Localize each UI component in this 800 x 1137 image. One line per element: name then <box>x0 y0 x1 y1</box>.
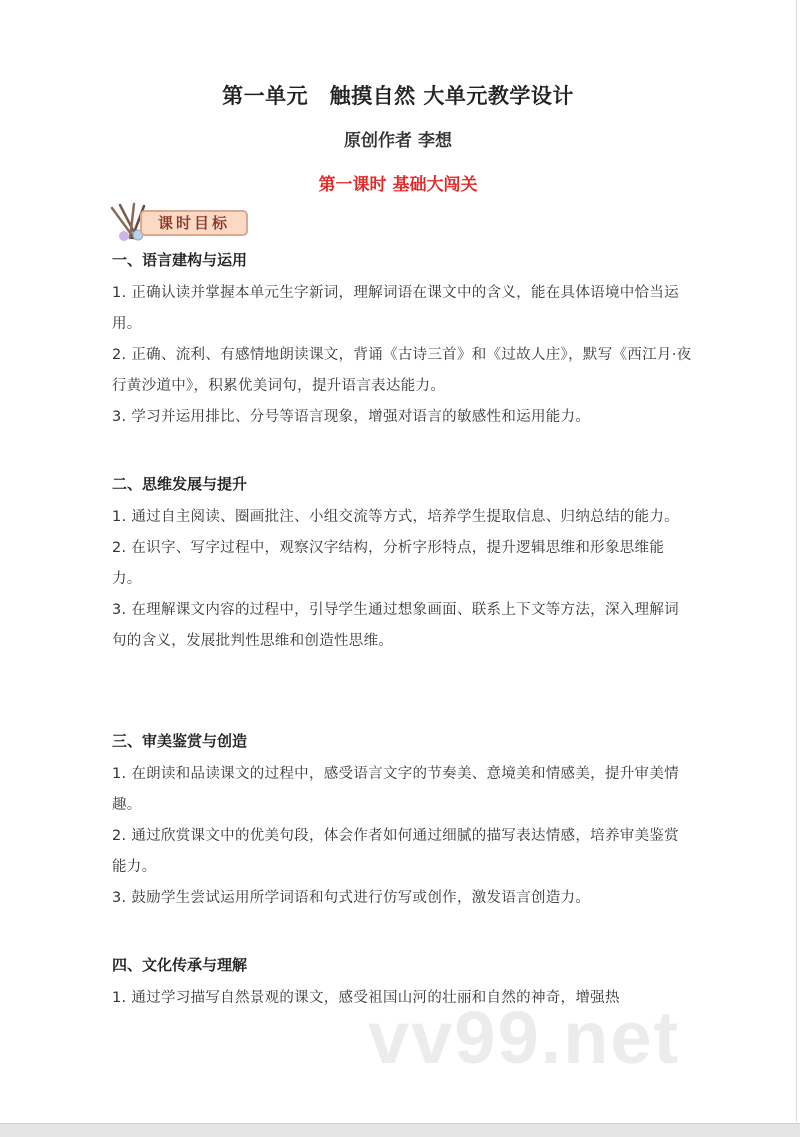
list-item: 1. 正确认读并掌握本单元生字新词，理解词语在课文中的含义，能在具体语境中恰当运… <box>112 278 692 340</box>
section-language: 一、语言建构与运用 1. 正确认读并掌握本单元生字新词，理解词语在课文中的含义，… <box>112 250 692 433</box>
author-line: 原创作者 李想 <box>0 126 796 151</box>
list-item: 3. 在理解课文内容的过程中，引导学生通过想象画面、联系上下文等方法，深入理解词… <box>112 595 692 657</box>
list-item: 3. 鼓励学生尝试运用所学词语和句式进行仿写或创作，激发语言创造力。 <box>112 883 692 914</box>
page-bottom-edge <box>0 1123 800 1137</box>
watermark: vv99.net <box>368 995 680 1080</box>
section-aesthetics: 三、审美鉴赏与创造 1. 在朗读和品读课文的过程中，感受语言文字的节奏美、意境美… <box>112 731 692 914</box>
document-page: 第一单元 触摸自然 大单元教学设计 原创作者 李想 第一课时 基础大闯关 课时目… <box>0 0 797 1122</box>
list-item: 2. 正确、流利、有感情地朗读课文，背诵《古诗三首》和《过故人庄》，默写《西江月… <box>112 340 692 402</box>
section-heading: 一、语言建构与运用 <box>112 250 692 270</box>
section-heading: 三、审美鉴赏与创造 <box>112 731 692 751</box>
section-thinking: 二、思维发展与提升 1. 通过自主阅读、圈画批注、小组交流等方式，培养学生提取信… <box>112 474 692 657</box>
list-item: 2. 通过欣赏课文中的优美句段，体会作者如何通过细腻的描写表达情感，培养审美鉴赏… <box>112 821 692 883</box>
list-item: 2. 在识字、写字过程中，观察汉字结构，分析字形特点，提升逻辑思维和形象思维能力… <box>112 533 692 595</box>
document-title: 第一单元 触摸自然 大单元教学设计 <box>0 80 796 110</box>
list-item: 1. 通过自主阅读、圈画批注、小组交流等方式，培养学生提取信息、归纳总结的能力。 <box>112 502 692 533</box>
lesson-heading: 第一课时 基础大闯关 <box>0 170 796 195</box>
lesson-goal-label: 课时目标 <box>140 210 248 236</box>
section-heading: 二、思维发展与提升 <box>112 474 692 494</box>
list-item: 1. 在朗读和品读课文的过程中，感受语言文字的节奏美、意境美和情感美，提升审美情… <box>112 759 692 821</box>
list-item: 3. 学习并运用排比、分号等语言现象，增强对语言的敏感性和运用能力。 <box>112 402 692 433</box>
section-heading: 四、文化传承与理解 <box>112 955 692 975</box>
lesson-goal-badge: 课时目标 <box>108 202 258 244</box>
